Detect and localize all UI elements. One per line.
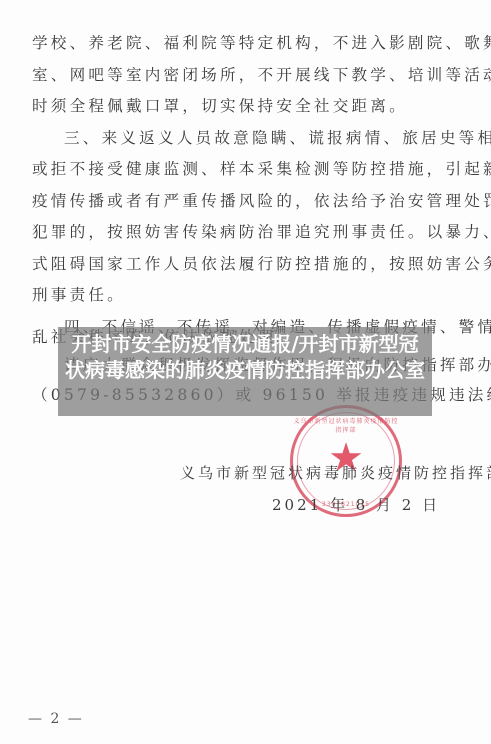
body-line-7: 犯罪的，按照妨害传染病防治罪追究刑事责任。以暴力、威胁方 (32, 222, 491, 242)
signature-organization: 义乌市新型冠状病毒肺炎疫情防控指挥部 (180, 462, 491, 483)
body-line-1: 学校、养老院、福利院等特定机构，不进入影剧院、歌舞厅、浴 (32, 33, 491, 53)
body-line-5: 或拒不接受健康监测、样本采集检测等防控措施，引起新冠肺炎 (32, 159, 491, 179)
body-line-6: 疫情传播或者有严重传播风险的，依法给予治安管理处罚；构成 (32, 191, 491, 211)
body-line-3: 时须全程佩戴口罩，切实保持安全社交距离。 (32, 96, 408, 116)
body-line-4: 三、来义返义人员故意隐瞒、谎报病情、旅居史等相关信息， (64, 128, 491, 148)
body-line-8: 式阻碍国家工作人员依法履行防控措施的，按照妨害公务罪追究 (32, 254, 491, 274)
body-line-9: 刑事责任。 (32, 285, 126, 305)
seal-ring-text: 义乌市新型冠状病毒肺炎疫情防控指挥部 (293, 416, 399, 434)
page-number: — 2 — (28, 711, 84, 727)
body-line-2: 室、网吧等室内密闭场所，不开展线下教学、培训等活动，外出 (32, 65, 491, 85)
signature-date: 2021 年 8 月 2 日 (272, 494, 440, 515)
overlay-title: 开封市安全防疫情况通报/开封市新型冠状病毒感染的肺炎疫情防控指挥部办公室 (58, 331, 432, 383)
title-overlay-banner: 开封市安全防疫情况通报/开封市新型冠状病毒感染的肺炎疫情防控指挥部办公室 (58, 327, 432, 416)
